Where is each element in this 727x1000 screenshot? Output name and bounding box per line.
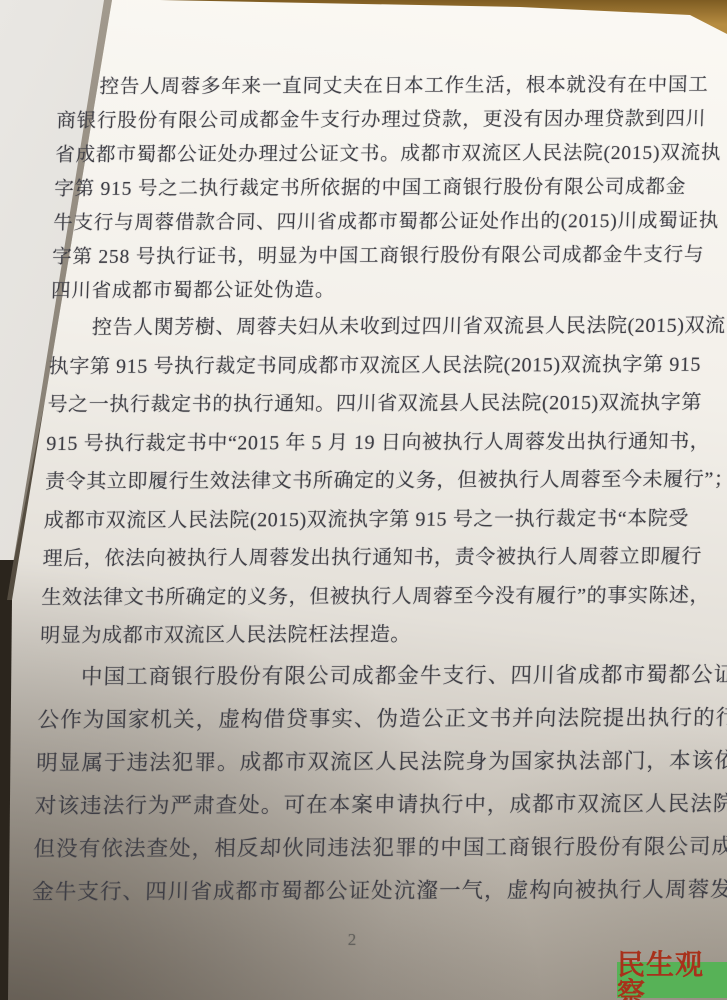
paragraph: 中国工商银行股份有限公司成都金牛支行、四川省成都市蜀都公证处 公作为国家机关，虚… bbox=[32, 653, 695, 913]
document-line: 但没有依法查处，相反却伙同违法犯罪的中国工商银行股份有限公司成都 bbox=[33, 825, 689, 870]
document-line: 生效法律文书所确定的义务，但被执行人周蓉至今没有履行”的事实陈述， bbox=[41, 576, 697, 617]
document-line: 对该违法行为严肃查处。可在本案申请执行中，成都市双流区人民法院非 bbox=[34, 782, 690, 827]
document-line: 责令其立即履行生效法律文书所确定的义务，但被执行人周蓉至今未履行”； bbox=[44, 461, 700, 502]
document-line: 省成都市蜀都公证处办理过公证文书。成都市双流区人民法院(2015)双流执 bbox=[55, 137, 711, 173]
document-line: 字第 258 号执行证书，明显为中国工商银行股份有限公司成都金牛支行与 bbox=[52, 239, 708, 275]
document-line: 理后，依法向被执行人周蓉发出执行通知书，责令被执行人周蓉立即履行 bbox=[42, 538, 698, 579]
document-line: 明显属于违法犯罪。成都市双流区人民法院身为国家执法部门，本该依法 bbox=[36, 739, 692, 784]
document-line: 字第 915 号之二执行裁定书所依据的中国工商银行股份有限公司成都金 bbox=[54, 171, 710, 207]
document-line: 号之一执行裁定书的执行通知。四川省双流县人民法院(2015)双流执字第 bbox=[47, 384, 703, 425]
document-line: 商银行股份有限公司成都金牛支行办理过贷款，更没有因办理贷款到四川 bbox=[56, 103, 712, 139]
document-line: 金牛支行、四川省成都市蜀都公证处沆瀣一气，虚构向被执行人周蓉发出 bbox=[32, 868, 688, 913]
document-line: 915 号执行裁定书中“2015 年 5 月 19 日向被执行人周蓉发出执行通知… bbox=[46, 422, 702, 463]
watermark-text: 民生观察 bbox=[617, 952, 727, 1000]
document-photo: 控告人周蓉多年来一直同丈夫在日本工作生活，根本就没有在中国工 商银行股份有限公司… bbox=[0, 0, 727, 1000]
document-line: 执字第 915 号执行裁定书同成都市双流区人民法院(2015)双流执字第 915 bbox=[48, 345, 704, 386]
document-line: 控告人周蓉多年来一直同丈夫在日本工作生活，根本就没有在中国工 bbox=[57, 69, 713, 105]
document-line: 公作为国家机关，虚构借贷事实、伪造公正文书并向法院提出执行的行为 bbox=[37, 696, 693, 741]
document-line: 控告人関芳樹、周蓉夫妇从未收到过四川省双流县人民法院(2015)双流 bbox=[49, 307, 705, 348]
document-line: 成都市双流区人民法院(2015)双流执字第 915 号之一执行裁定书“本院受 bbox=[43, 499, 699, 540]
document-line: 四川省成都市蜀都公证处伪造。 bbox=[51, 273, 707, 309]
paragraph: 控告人周蓉多年来一直同丈夫在日本工作生活，根本就没有在中国工 商银行股份有限公司… bbox=[51, 69, 714, 309]
page-number: 2 bbox=[336, 930, 368, 950]
document-line: 中国工商银行股份有限公司成都金牛支行、四川省成都市蜀都公证处 bbox=[38, 653, 694, 698]
paragraph: 控告人関芳樹、周蓉夫妇从未收到过四川省双流县人民法院(2015)双流 执字第 9… bbox=[40, 307, 706, 656]
document-line: 牛支行与周蓉借款合同、四川省成都市蜀都公证处作出的(2015)川成蜀证执 bbox=[53, 205, 709, 241]
document-body: 控告人周蓉多年来一直同丈夫在日本工作生活，根本就没有在中国工 商银行股份有限公司… bbox=[32, 69, 714, 914]
watermark-badge: 民生观察 bbox=[617, 962, 727, 998]
document-line: 明显为成都市双流区人民法院枉法捏造。 bbox=[40, 615, 696, 656]
